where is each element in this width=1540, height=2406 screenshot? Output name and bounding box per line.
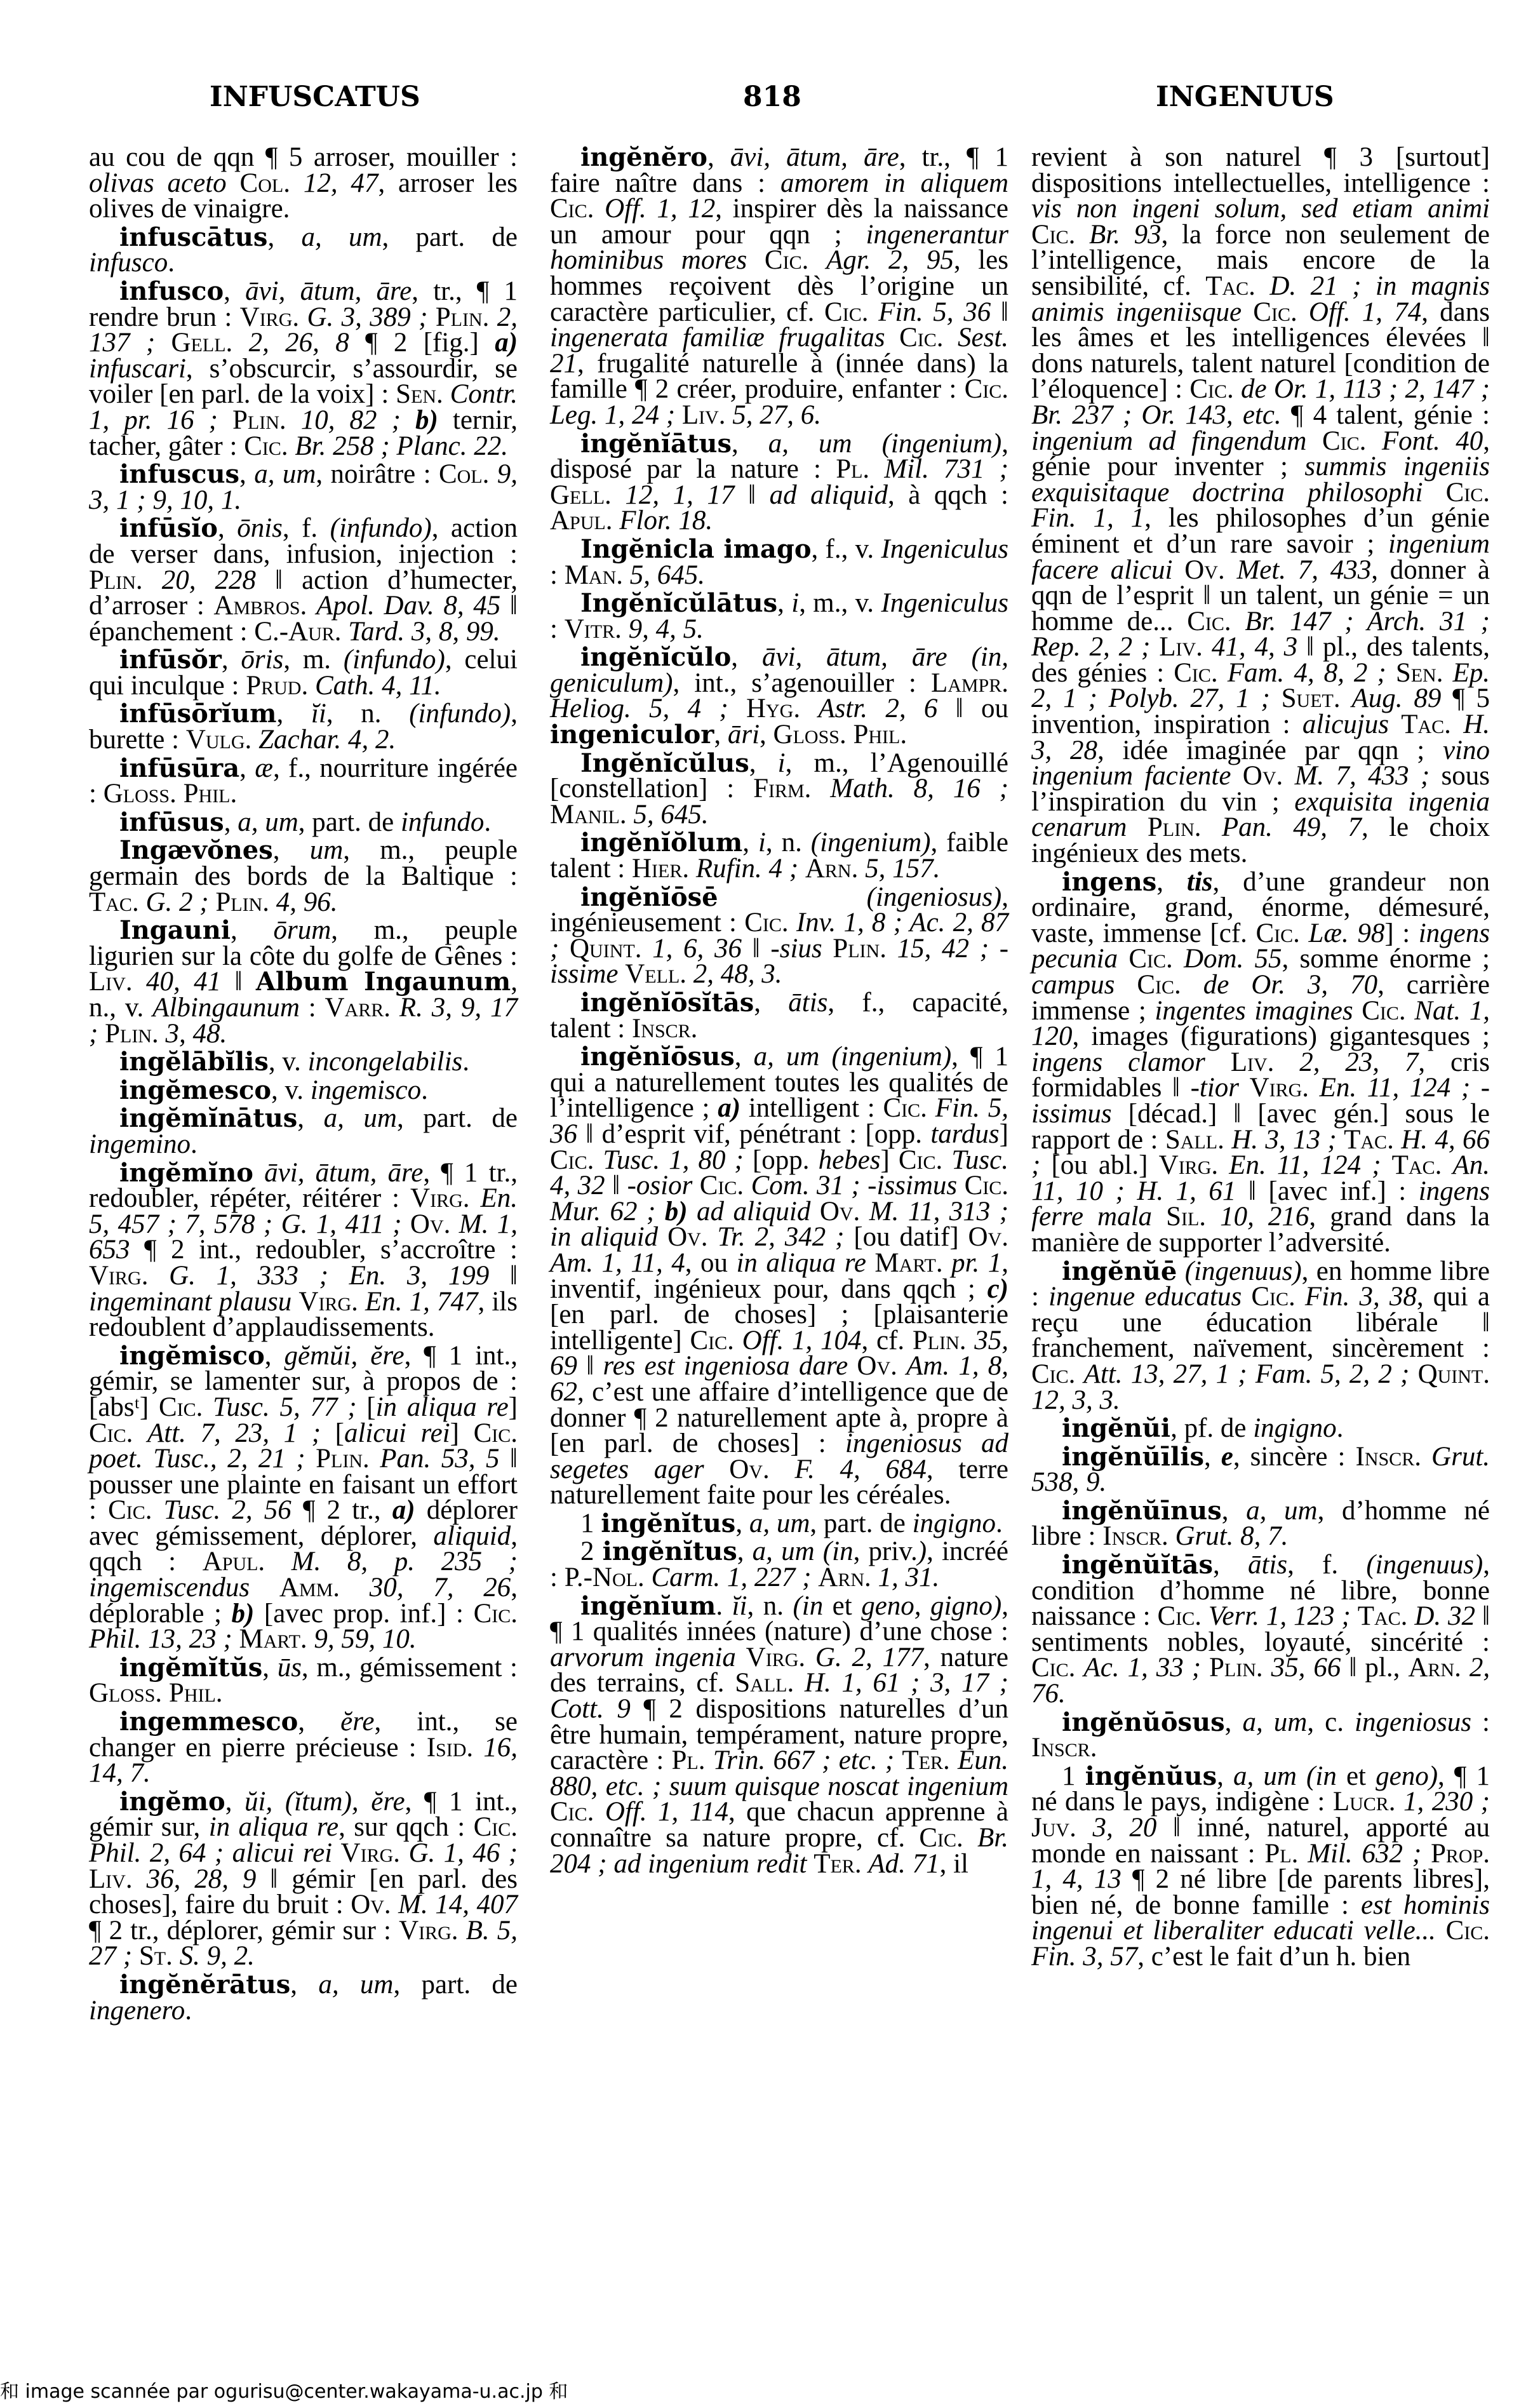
italic-text: a, um: [1242, 1707, 1307, 1737]
dictionary-entry: ingĕnĭum. ĭi, n. (in et geno, gigno), ¶ …: [550, 1594, 1008, 1878]
dictionary-entry: ingĕnŭōsus, a, um, c. ingeniosus : Inscr…: [1031, 1710, 1490, 1761]
text-run: [871, 1563, 878, 1592]
text-run: ,: [760, 720, 773, 749]
dictionary-entry: ingĕnŭīlis, e, sincère : Inscr. Grut. 53…: [1031, 1444, 1490, 1496]
dictionary-entry: ingĕnĕrātus, a, um, part. de ingenero.: [89, 1972, 518, 2024]
text-run: , f., v.: [812, 534, 881, 564]
text-run: [812, 1563, 819, 1592]
author-abbrev: Vitr.: [565, 614, 622, 644]
italic-text: infundo: [401, 807, 484, 837]
italic-text: Carm. 1, 227 ;: [651, 1563, 811, 1592]
italic-text: ingemino: [89, 1129, 191, 1159]
text-run: ‖: [734, 480, 769, 510]
text-run: , à qqch :: [888, 480, 1008, 510]
author-abbrev: Virg.: [399, 1916, 458, 1946]
italic-text: ingemisco: [311, 1075, 421, 1105]
text-run: [342, 617, 349, 647]
dictionary-entry: ingĕmĭnātus, a, um, part. de ingemino.: [89, 1106, 518, 1157]
text-run: , frugalité naturelle à (innée dans) la …: [550, 349, 1008, 405]
text-run: [1201, 1653, 1209, 1683]
dictionary-entry: ingĕnŭē (ingenuus), en homme libre : ing…: [1031, 1259, 1490, 1414]
text-run: ,: [754, 988, 788, 1018]
author-abbrev: Manil.: [550, 800, 627, 830]
text-run: ,: [239, 459, 254, 489]
text-run: [675, 400, 682, 430]
author-abbrev: Quint.: [1418, 1359, 1490, 1389]
dictionary-entry: ingĕnĭcŭlo, āvi, ātum, āre (in, geniculu…: [550, 645, 1008, 748]
text-run: [726, 400, 733, 430]
italic-text: a, um: [301, 222, 382, 252]
text-run: [858, 854, 865, 884]
author-abbrev: Col.: [439, 459, 489, 489]
text-run: ‖ ou: [937, 694, 1008, 723]
author-abbrev: Cic.: [1446, 1916, 1490, 1946]
text-run: ,: [290, 1970, 318, 1999]
text-run: [645, 1563, 652, 1592]
italic-text: 12, 3, 3.: [1031, 1385, 1120, 1415]
text-run: [489, 459, 497, 489]
running-head-left: INFUSCATUS: [210, 81, 420, 113]
author-abbrev: Vell.: [625, 959, 686, 989]
author-abbrev: P.-Nol.: [565, 1563, 645, 1592]
text-run: [822, 934, 833, 964]
italic-text: Math. 8, 16 ;: [830, 774, 1008, 803]
author-abbrev: Man.: [565, 560, 623, 590]
text-run: ,: [777, 588, 791, 618]
dictionary-entry: ingĕmĭno āvi, ātum, āre, ¶ 1 tr., redoub…: [89, 1160, 518, 1341]
author-abbrev: Gloss. Phil.: [773, 720, 907, 749]
italic-text: ingeniosus: [1355, 1707, 1471, 1737]
author-abbrev: St.: [139, 1941, 173, 1971]
text-run: , part. de: [382, 222, 518, 252]
italic-text: ūs: [278, 1653, 302, 1683]
text-run: [798, 854, 805, 884]
italic-text: Fin. 3, 57: [1031, 1942, 1137, 1972]
text-run: , m., gémissement :: [302, 1653, 518, 1683]
text-run: [288, 431, 295, 461]
author-abbrev: Varr.: [325, 993, 391, 1023]
text-run: ,: [239, 753, 255, 783]
author-abbrev: Isid.: [427, 1733, 473, 1763]
text-run: .: [1337, 1413, 1344, 1443]
text-run: [98, 1019, 105, 1049]
text-run: , sincère :: [1233, 1442, 1356, 1472]
text-run: [811, 774, 830, 803]
entry-continuation: revient à son naturel ¶ 3 [surtout] disp…: [1031, 145, 1490, 867]
text-run: [619, 959, 626, 989]
italic-text: Leg. 1, 24 ;: [550, 400, 675, 430]
italic-text: Rufin. 4 ;: [696, 854, 798, 884]
dictionary-entry: ingĕnŭĭtās, ātis, f. (ingenuus), conditi…: [1031, 1552, 1490, 1707]
author-abbrev: Gloss. Phil.: [104, 779, 238, 809]
headword: ingĕnŭi: [1062, 1413, 1170, 1443]
italic-text: S. 9, 2.: [180, 1941, 255, 1971]
text-run: , m., v.: [799, 588, 881, 618]
dictionary-entry: ingĕnĭŏlum, i, n. (ingenium), faible tal…: [550, 830, 1008, 882]
italic-text: infusco: [89, 248, 168, 278]
text-run: :: [550, 560, 565, 590]
text-run: , part. de: [810, 1509, 912, 1538]
text-run: .: [462, 1047, 469, 1077]
dictionary-entry: ingĕnĭōsus, a, um (ingenium), ¶ 1 qui a …: [550, 1044, 1008, 1509]
italic-text: i: [791, 588, 799, 618]
text-run: [612, 506, 619, 535]
text-run: [887, 934, 897, 964]
dictionary-entry: ingĕmisco, gĕmŭi, ĕre, ¶ 1 int., gémir, …: [89, 1343, 518, 1653]
text-run: [1168, 1521, 1175, 1551]
text-run: [308, 671, 315, 701]
italic-text: ad aliquid: [770, 480, 888, 510]
text-run: [132, 1941, 139, 1971]
text-run: [459, 1916, 466, 1946]
author-abbrev: Cic.: [244, 431, 288, 461]
italic-text: æ: [255, 753, 273, 783]
text-run: ,: [1204, 1442, 1221, 1472]
text-run: ,: [224, 807, 238, 837]
dictionary-entry: Ingĕnĭcŭlus, i, m., l’Agenouillé [conste…: [550, 751, 1008, 828]
dictionary-entry: infusco, āvi, ātum, āre, tr., ¶ 1 rendre…: [89, 279, 518, 459]
italic-text: Grut. 8, 7.: [1175, 1521, 1288, 1551]
dictionary-entry: ingĕnĭōsē (ingeniosus), ingénieusement :…: [550, 885, 1008, 988]
italic-text: 35, 66: [1271, 1653, 1341, 1683]
italic-text: 9, 59, 10.: [314, 1624, 416, 1654]
dictionary-entry: ingemmesco, ĕre, int., se changer en pie…: [89, 1709, 518, 1787]
author-abbrev: Firm.: [753, 774, 811, 803]
author-abbrev: Plin.: [105, 1019, 159, 1049]
dictionary-entry: infuscus, a, um, noirâtre : Col. 9, 3, 1…: [89, 462, 518, 513]
dictionary-entry: infūsōrĭum, ĭi, n. (infundo), burette : …: [89, 701, 518, 753]
italic-text: (infundo): [409, 699, 511, 729]
headword: ingĕnĭtus: [601, 1509, 735, 1538]
author-abbrev: Mart.: [239, 1624, 307, 1654]
text-run: .: [484, 807, 491, 837]
text-run: .: [185, 1996, 192, 2026]
italic-text: 5, 645.: [633, 800, 708, 830]
italic-text: 5, 645.: [630, 560, 705, 590]
text-run: [232, 1624, 239, 1654]
dictionary-entry: Ingauni, ōrum, m., peuple ligurien sur l…: [89, 918, 518, 1047]
text-run: [269, 887, 276, 917]
text-run: ,: [735, 1509, 749, 1538]
author-abbrev: Tac.: [89, 887, 139, 917]
text-run: ,: [262, 1653, 277, 1683]
author-abbrev: Inscr.: [1356, 1442, 1421, 1472]
italic-text: Att. 13, 27, 1 ; Fam. 5, 2, 2 ;: [1084, 1359, 1410, 1389]
italic-text: Tard. 3, 8, 99.: [348, 617, 500, 647]
running-head-right: INGENUUS: [1156, 81, 1334, 113]
italic-text: 5, 157.: [865, 854, 940, 884]
text-run: [623, 560, 630, 590]
author-abbrev: Arn.: [805, 854, 858, 884]
text-run: [1075, 1653, 1083, 1683]
text-run: [209, 887, 216, 917]
author-abbrev: Plin.: [833, 934, 887, 964]
text-run: [1461, 1653, 1470, 1683]
dictionary-entry: Ingævŏnes, um, m., peuple germain des bo…: [89, 838, 518, 915]
author-abbrev: Prud.: [246, 671, 308, 701]
dictionary-entry: ingĕmo, ŭi, (ĭtum), ĕre, ¶ 1 int., gémir…: [89, 1789, 518, 1970]
dictionary-entry: ingĕnĕro, āvi, ātum, āre, tr., ¶ 1 faire…: [550, 145, 1008, 429]
text-run: , pf. de: [1170, 1413, 1253, 1443]
italic-text: a, um: [318, 1970, 393, 1999]
italic-text: 12, 47: [304, 168, 378, 198]
text-run: , part. de: [393, 1970, 518, 1999]
author-abbrev: Plin.: [215, 887, 269, 917]
text-run: [173, 1941, 180, 1971]
text-run: [139, 887, 146, 917]
author-abbrev: C.-Aur.: [254, 617, 341, 647]
dictionary-entry: ingĕnŭi, pf. de ingigno.: [1031, 1416, 1490, 1442]
author-abbrev: Ter.: [814, 1849, 861, 1879]
text-run: ,: [297, 1103, 323, 1133]
dictionary-entry: infuscātus, a, um, part. de infusco.: [89, 225, 518, 276]
dictionary-entry: ingĕnŭīnus, a, um, d’homme né libre : In…: [1031, 1498, 1490, 1550]
text-run: [627, 800, 634, 830]
author-abbrev: Inscr.: [1102, 1521, 1168, 1551]
italic-text: Br. 258 ; Planc. 22.: [295, 431, 508, 461]
dictionary-entry: ingĕnĭōsĭtās, ātis, f., capacité, talent…: [550, 990, 1008, 1042]
text-run: [251, 725, 258, 755]
headword: ingeniculor: [550, 720, 714, 749]
italic-text: Cath. 4, 11.: [315, 671, 441, 701]
text-run: [159, 1019, 166, 1049]
italic-text: e: [1221, 1442, 1233, 1472]
dictionary-entry: infūsus, a, um, part. de infundo.: [89, 810, 518, 836]
dictionary-column-2: ingĕnĕro, āvi, ātum, āre, tr., ¶ 1 faire…: [550, 145, 1008, 2304]
italic-text: 9, 4, 5.: [629, 614, 704, 644]
dictionary-entry: ingĕlābĭlis, v. incongelabilis.: [89, 1049, 518, 1075]
author-abbrev: Arn.: [1408, 1653, 1461, 1683]
italic-text: ātis: [788, 988, 827, 1018]
italic-text: ingigno: [1253, 1413, 1336, 1443]
italic-text: Ingeniculus: [881, 534, 1008, 564]
author-abbrev: Arn.: [818, 1563, 871, 1592]
dictionary-entry: 2 ingĕnĭtus, a, um (in, priv.), incréé :…: [550, 1539, 1008, 1590]
text-run: .: [168, 248, 175, 278]
dictionary-entry: Ingĕnicla imago, f., v. Ingeniculus : Ma…: [550, 537, 1008, 588]
italic-text: a, um: [254, 459, 316, 489]
author-abbrev: Inscr.: [1031, 1733, 1097, 1763]
text-run: , v.: [269, 1047, 308, 1077]
author-abbrev: Inscr.: [632, 1014, 697, 1044]
text-run: [1409, 1359, 1417, 1389]
text-run: [290, 168, 304, 198]
text-run: [307, 1624, 314, 1654]
author-abbrev: Apul.: [550, 506, 612, 535]
author-abbrev: Plin.: [1209, 1653, 1263, 1683]
italic-text: G. 2 ;: [145, 887, 208, 917]
dictionary-entry: 1 ingĕnĭtus, a, um, part. de ingigno.: [550, 1511, 1008, 1537]
dictionary-entry: ingĕmesco, v. ingemisco.: [89, 1078, 518, 1104]
italic-text: Phil. 13, 23 ;: [89, 1624, 232, 1654]
text-run: .: [421, 1075, 428, 1105]
text-run: , noirâtre :: [316, 459, 439, 489]
text-run: , c.: [1307, 1707, 1355, 1737]
text-run: ,: [267, 222, 301, 252]
dictionary-column-1: au cou de qqn ¶ 5 arroser, mouiller : ol…: [89, 145, 518, 2304]
italic-text: 1, 31.: [878, 1563, 940, 1592]
text-run: [622, 614, 629, 644]
text-run: [862, 1849, 869, 1879]
text-run: ,: [714, 720, 728, 749]
text-run: ,: [1225, 1707, 1243, 1737]
dictionary-entry: ingens, tis, d’une grandeur non ordinair…: [1031, 870, 1490, 1256]
entry-continuation: au cou de qqn ¶ 5 arroser, mouiller : ol…: [89, 145, 518, 222]
dictionary-entry: infūsūra, æ, f., nourriture ingérée : Gl…: [89, 756, 518, 807]
text-run: , c’est le fait d’un h. bien: [1137, 1942, 1410, 1972]
italic-text: āri: [728, 720, 760, 749]
text-run: , il: [940, 1849, 968, 1879]
text-run: :: [550, 614, 565, 644]
dictionary-entry: infūsŏr, ōris, m. (infundo), celui qui i…: [89, 647, 518, 699]
text-run: [1263, 1653, 1271, 1683]
headword: infūsus: [119, 807, 224, 837]
italic-text: incongelabilis: [308, 1047, 463, 1077]
italic-text: a, um: [238, 807, 298, 837]
text-run: [807, 1849, 814, 1879]
text-run: [391, 993, 399, 1023]
dictionary-entry: ingĕnĭātus, a, um (ingenium), disposé pa…: [550, 431, 1008, 534]
dictionary-entry: ingĕmĭtŭs, ūs, m., gémissement : Gloss. …: [89, 1655, 518, 1707]
italic-text: 5, 27, 6.: [732, 400, 821, 430]
author-abbrev: Liv.: [682, 400, 726, 430]
text-run: :: [300, 993, 325, 1023]
text-run: , part. de: [298, 807, 401, 837]
dictionary-entry: infūsĭo, ōnis, f. (infundo), action de v…: [89, 516, 518, 645]
italic-text: Ad. 71: [868, 1849, 939, 1879]
text-run: [473, 1733, 483, 1763]
italic-text: Zachar. 4, 2.: [258, 725, 396, 755]
author-abbrev: Cic.: [474, 1599, 518, 1629]
italic-text: 3, 48.: [165, 1019, 227, 1049]
page-number: 818: [743, 81, 801, 113]
text-run: .: [191, 1129, 198, 1159]
text-run: [686, 959, 693, 989]
text-run: .: [996, 1509, 1003, 1538]
italic-text: Ingeniculus: [881, 588, 1008, 618]
headword: ingĕmesco: [119, 1075, 271, 1105]
text-run: , v.: [271, 1075, 311, 1105]
italic-text: ingenero: [89, 1996, 185, 2026]
text-run: , part. de: [397, 1103, 518, 1133]
text-run: ‖ pl.,: [1341, 1653, 1408, 1683]
italic-text: ingigno: [913, 1509, 996, 1538]
author-abbrev: Hier.: [632, 854, 689, 884]
dictionary-entry: 1 ingĕnŭus, a, um (in et geno), ¶ 1 né d…: [1031, 1764, 1490, 1970]
dictionary-entry: Ingĕnĭcŭlātus, i, m., v. Ingeniculus : V…: [550, 591, 1008, 642]
text-run: [1436, 1916, 1446, 1946]
italic-text: Ac. 1, 33 ;: [1083, 1653, 1201, 1683]
headword: ingĕlābĭlis: [119, 1047, 269, 1077]
text-run: :: [1471, 1707, 1490, 1737]
italic-text: a, um: [749, 1509, 810, 1538]
scan-credit-footer: 和 image scannée par ogurisu@center.wakay…: [0, 2381, 568, 2403]
author-abbrev: Gloss. Phil.: [89, 1678, 223, 1708]
dictionary-column-3: revient à son naturel ¶ 3 [surtout] disp…: [1031, 145, 1490, 2304]
text-run: 1: [580, 1509, 601, 1538]
italic-text: 4, 96.: [276, 887, 338, 917]
author-abbrev: Vulg.: [186, 725, 251, 755]
text-run: [1421, 1442, 1431, 1472]
text-run: revient à son naturel ¶ 3 [surtout] disp…: [1031, 142, 1490, 198]
italic-text: 2, 48, 3.: [693, 959, 782, 989]
author-abbrev: Cic.: [965, 374, 1008, 404]
text-run: [689, 854, 696, 884]
italic-text: Flor. 18.: [619, 506, 713, 535]
italic-text: a, um: [324, 1103, 397, 1133]
